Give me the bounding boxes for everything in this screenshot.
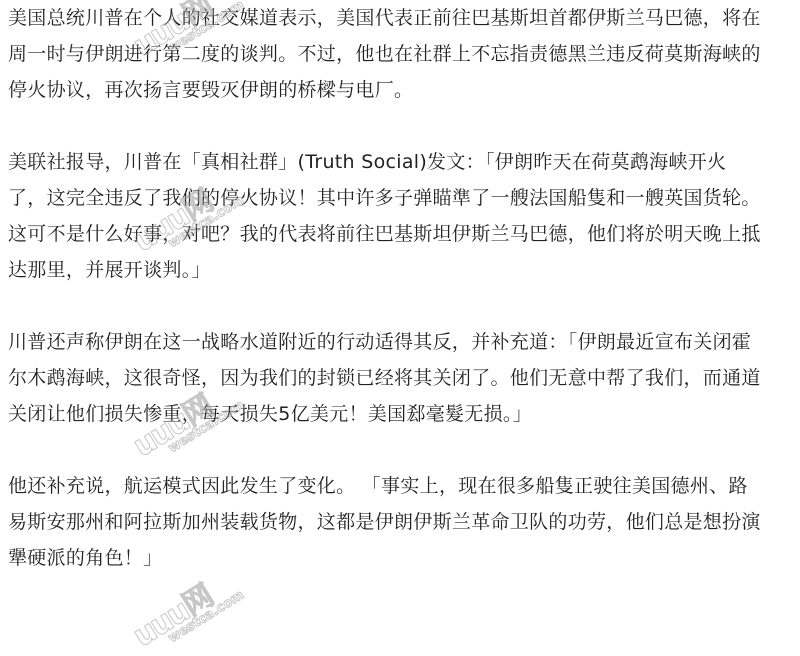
text-line: 了，这完全违反了我们的停火协议！其中许多子弹瞄準了一艘法国船隻和一艘英国货轮。 [8,180,798,216]
text-line: 这可不是什么好事，对吧？我的代表将前往巴基斯坦伊斯兰马巴德，他们将於明天晚上抵 [8,216,798,252]
article-body: 美国总统川普在个人的社交媒道表示，美国代表正前往巴基斯坦首都伊斯兰马巴德，将在 … [8,0,798,612]
text-line: 美国总统川普在个人的社交媒道表示，美国代表正前往巴基斯坦首都伊斯兰马巴德，将在 [8,0,798,36]
text-line: 他还补充说，航运模式因此发生了变化。 「事实上，现在很多船隻正驶往美国德州、路 [8,468,798,504]
paragraph-3: 川普还声称伊朗在这一战略水道附近的行动适得其反，并补充道：「伊朗最近宣布关闭霍 … [8,324,798,432]
text-line: 川普还声称伊朗在这一战略水道附近的行动适得其反，并补充道：「伊朗最近宣布关闭霍 [8,324,798,360]
text-line: 尔木鹉海峡，这很奇怪，因为我们的封锁已经将其关闭了。他们无意中帮了我们，而通道 [8,360,798,396]
text-line: 美联社报导，川普在「真相社群」(Truth Social)发文：「伊朗昨天在荷莫… [8,144,798,180]
paragraph-2: 美联社报导，川普在「真相社群」(Truth Social)发文：「伊朗昨天在荷莫… [8,144,798,288]
text-line: 易斯安那州和阿拉斯加州装载货物，这都是伊朗伊斯兰革命卫队的功劳，他们总是想扮演 [8,504,798,540]
text-line: 达那里，并展开谈判。」 [8,252,798,288]
text-line: 周一时与伊朗进行第二度的谈判。不过，他也在社群上不忘指责德黑兰违反荷莫斯海峡的 [8,36,798,72]
text-line: 犟硬派的角色！」 [8,540,798,576]
paragraph-1: 美国总统川普在个人的社交媒道表示，美国代表正前往巴基斯坦首都伊斯兰马巴德，将在 … [8,0,798,108]
text-line: 关闭让他们损失惨重，每天损失5亿美元！美国郄毫髮无损。」 [8,396,798,432]
text-line: 停火协议，再次扬言要毁灭伊朗的桥樑与电厂。 [8,72,798,108]
paragraph-4: 他还补充说，航运模式因此发生了变化。 「事实上，现在很多船隻正驶往美国德州、路 … [8,468,798,576]
